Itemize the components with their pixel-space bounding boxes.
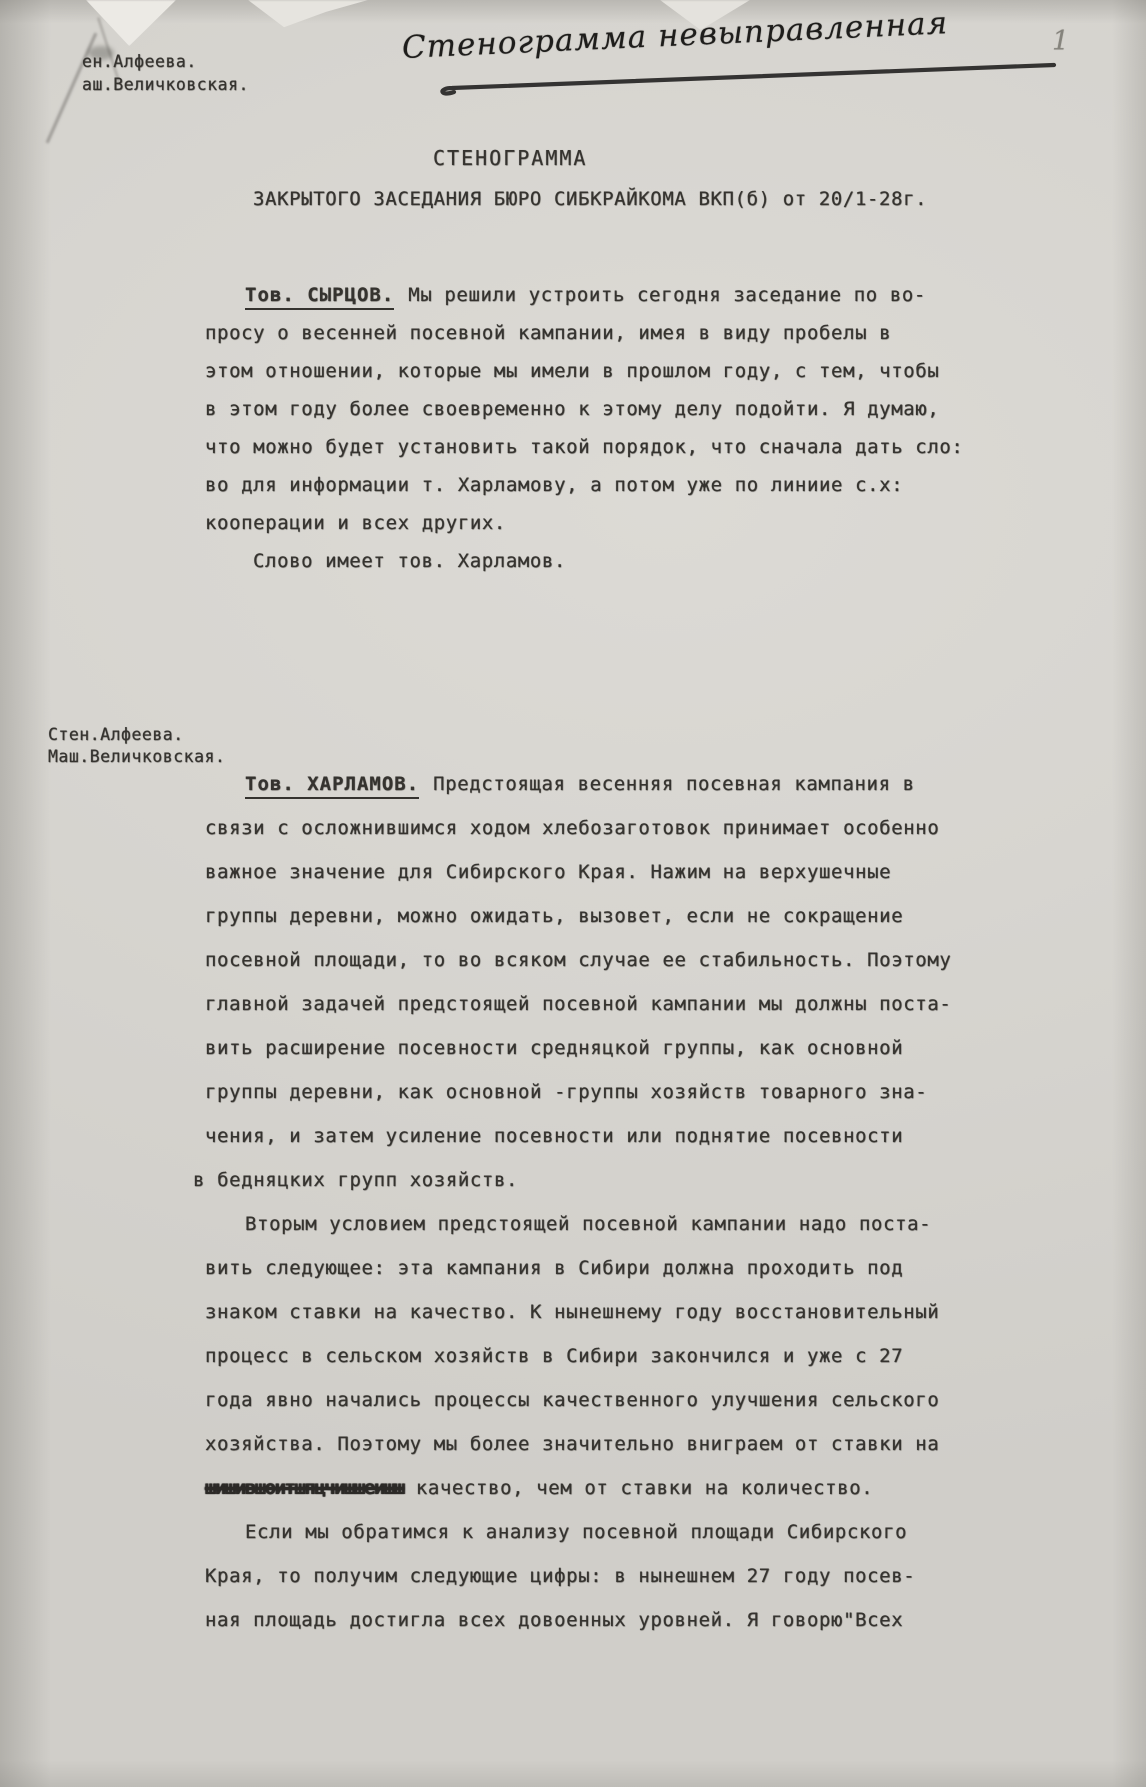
typed-line: Если мы обратимся к анализу посевной пло… xyxy=(205,1510,985,1554)
speech-kharlamov: Тов. ХАРЛАМОВ.Предстоящая весенняя посев… xyxy=(205,762,985,1642)
speaker-name-syrtsov: Тов. СЫРЦОВ. xyxy=(245,284,394,310)
typed-line: что можно будет установить такой порядок… xyxy=(205,428,985,466)
handwritten-underline-stroke xyxy=(430,58,1070,108)
document-subtitle: ЗАКРЫТОГО ЗАСЕДАНИЯ БЮРО СИБКРАЙКОМА ВКП… xyxy=(253,188,927,210)
typist-credits-top: ен.Алфеева. аш.Величковская. xyxy=(82,50,249,96)
typed-line: года явно начались процессы качественног… xyxy=(205,1378,985,1422)
document-title: СТЕНОГРАММА xyxy=(433,146,587,170)
typed-text: Предстоящая весенняя посевная кампания в xyxy=(433,773,915,795)
typed-line: знаком ставки на качество. К нынешнему г… xyxy=(205,1290,985,1334)
typed-text: качество, чем от ставки на количество. xyxy=(404,1477,874,1499)
page-number: 1 xyxy=(1052,26,1069,57)
typed-line: в этом году более своевременно к этому д… xyxy=(205,390,985,428)
typist-name: аш.Величковская. xyxy=(82,73,249,96)
typed-line: Тов. ХАРЛАМОВ.Предстоящая весенняя посев… xyxy=(205,762,985,806)
typed-line: Тов. СЫРЦОВ.Мы решили устроить сегодня з… xyxy=(205,276,985,314)
stenographer-name: Стен.Алфеева. xyxy=(48,724,225,746)
typed-line: вить следующее: эта кампания в Сибири до… xyxy=(205,1246,985,1290)
stenographer-name: ен.Алфеева. xyxy=(82,50,249,73)
typed-line: просу о весенней посевной кампании, имея… xyxy=(205,314,985,352)
typed-line: процесс в сельском хозяйств в Сибири зак… xyxy=(205,1334,985,1378)
typed-line: группы деревни, как основной -группы хоз… xyxy=(205,1070,985,1114)
struck-out-text: шишившоитшпцчишшеишш xyxy=(205,1477,404,1499)
typed-line: Вторым условием предстоящей посевной кам… xyxy=(205,1202,985,1246)
page-edge-shadow-right xyxy=(1106,0,1146,1787)
typed-line: Края, то получим следующие цифры: в ныне… xyxy=(205,1554,985,1598)
typed-text: Мы решили устроить сегодня заседание по … xyxy=(408,284,926,306)
typed-line: этом отношении, которые мы имели в прошл… xyxy=(205,352,985,390)
typed-line: главной задачей предстоящей посевной кам… xyxy=(205,982,985,1026)
typed-line: вить расширение посевности средняцкой гр… xyxy=(205,1026,985,1070)
typed-line: группы деревни, можно ожидать, вызовет, … xyxy=(205,894,985,938)
typed-line: связи с осложнившимся ходом хлебозаготов… xyxy=(205,806,985,850)
typed-line: важное значение для Сибирского Края. Наж… xyxy=(205,850,985,894)
typed-line-with-strikeout: шишившоитшпцчишшеишш качество, чем от ст… xyxy=(205,1466,985,1510)
typed-line: хозяйства. Поэтому мы более значительно … xyxy=(205,1422,985,1466)
typed-line: во для информации т. Харламову, а потом … xyxy=(205,466,985,504)
typed-line: ная площадь достигла всех довоенных уров… xyxy=(205,1598,985,1642)
speech-syrtsov: Тов. СЫРЦОВ.Мы решили устроить сегодня з… xyxy=(205,276,985,580)
typed-line: посевной площади, то во всяком случае ее… xyxy=(205,938,985,982)
speaker-name-kharlamov: Тов. ХАРЛАМОВ. xyxy=(245,773,419,799)
typist-credits-margin: Стен.Алфеева. Маш.Величковская. xyxy=(48,724,225,768)
typist-name: Маш.Величковская. xyxy=(48,746,225,768)
page-edge-shadow-left xyxy=(0,0,60,1787)
page-edge-shadow-bottom xyxy=(0,1757,1146,1787)
typed-line: кооперации и всех других. xyxy=(205,504,985,542)
scanned-document-page: ен.Алфеева. аш.Величковская. Стенограмма… xyxy=(0,0,1146,1787)
typed-line: Слово имеет тов. Харламов. xyxy=(205,542,985,580)
typed-line: чения, и затем усиление посевности или п… xyxy=(205,1114,985,1158)
typed-line: в бедняцких групп хозяйств. xyxy=(193,1158,985,1202)
